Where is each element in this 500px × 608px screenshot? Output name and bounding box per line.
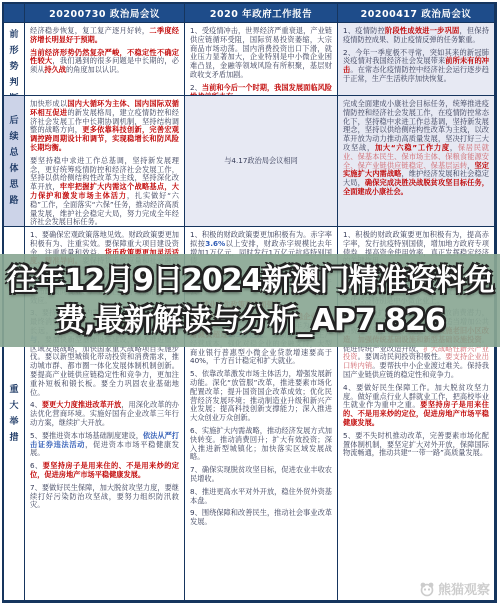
header-meeting-0417: 20200417 政治局会议 [338,4,495,23]
cell-situation-0730: 经济稳步恢复，复工复产逐月好转，二季度经济增长明显好于预期。当前经济形势仍然复杂… [25,23,185,96]
header-meeting-0730: 20200730 政治局会议 [25,4,185,23]
cell-approach-0417: 完成全面建成小康社会目标任务，统筹推进疫情防控和经济社会发展工作，在疫情防控常态… [338,96,495,227]
watermark-text: 熊猫观察 [438,579,490,598]
cell-approach-report: 与4.17政治局会议相同 [185,96,338,227]
cell-approach-0730: 加快形成以国内大循环为主体、国内国际双循环相互促进的新发展格局，建立疫情防控和经… [25,96,185,227]
cell-situation-report: 1、受疫情冲击，世界经济严重衰退，产业链供应链循环受阻，国际贸易投资萎缩，大宗商… [185,23,338,96]
promo-overlay-banner: 往年12月9日2024新澳门精准资料免费,最新解读与分析_AP7.826 [0,254,500,347]
comparison-table-page: 20200730 政治局会议 2020 年政府工作报告 20200417 政治局… [0,0,500,608]
watermark: 熊猫观察 [419,579,490,598]
header-gov-work-report: 2020 年政府工作报告 [185,4,338,23]
promo-overlay-text: 往年12月9日2024新澳门精准资料免费,最新解读与分析_AP7.826 [6,261,494,341]
panda-icon [419,581,435,597]
header-corner-cell [4,4,25,23]
section-label-current-situation: 当前形势判断 [4,23,25,96]
section-label-overall-approach: 后续总体思路 [4,96,25,227]
cell-situation-0417: 1、疫情防控阶段性成效进一步巩固，但保持疫情防控成果、防止疫情反弹的任务繁重。2… [338,23,495,96]
